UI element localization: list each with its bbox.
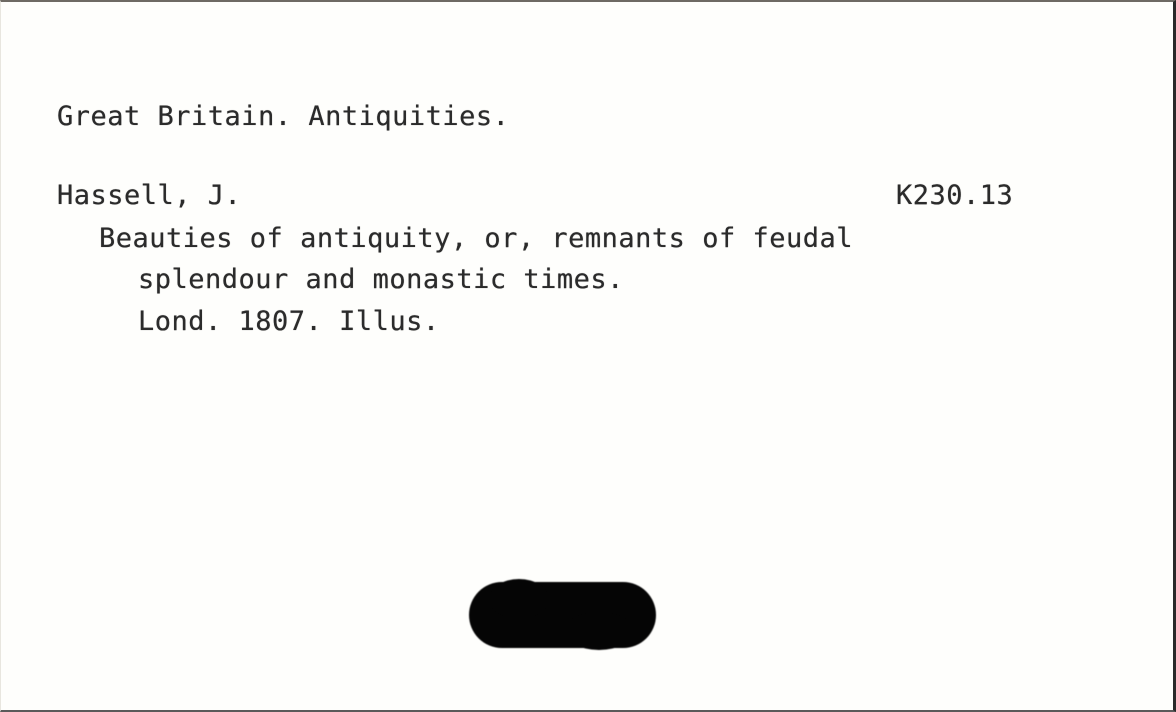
- ink-blot-redaction: [469, 582, 656, 648]
- subject-heading: Great Britain. Antiquities.: [57, 103, 509, 130]
- call-number: K230.13: [896, 182, 1013, 209]
- catalog-card: Great Britain. Antiquities. Hassell, J. …: [0, 0, 1176, 712]
- title-line-1: Beauties of antiquity, or, remnants of f…: [99, 225, 853, 252]
- author-name: Hassell, J.: [57, 182, 241, 209]
- title-line-2: splendour and monastic times.: [138, 266, 624, 293]
- imprint-line: Lond. 1807. Illus.: [138, 308, 440, 335]
